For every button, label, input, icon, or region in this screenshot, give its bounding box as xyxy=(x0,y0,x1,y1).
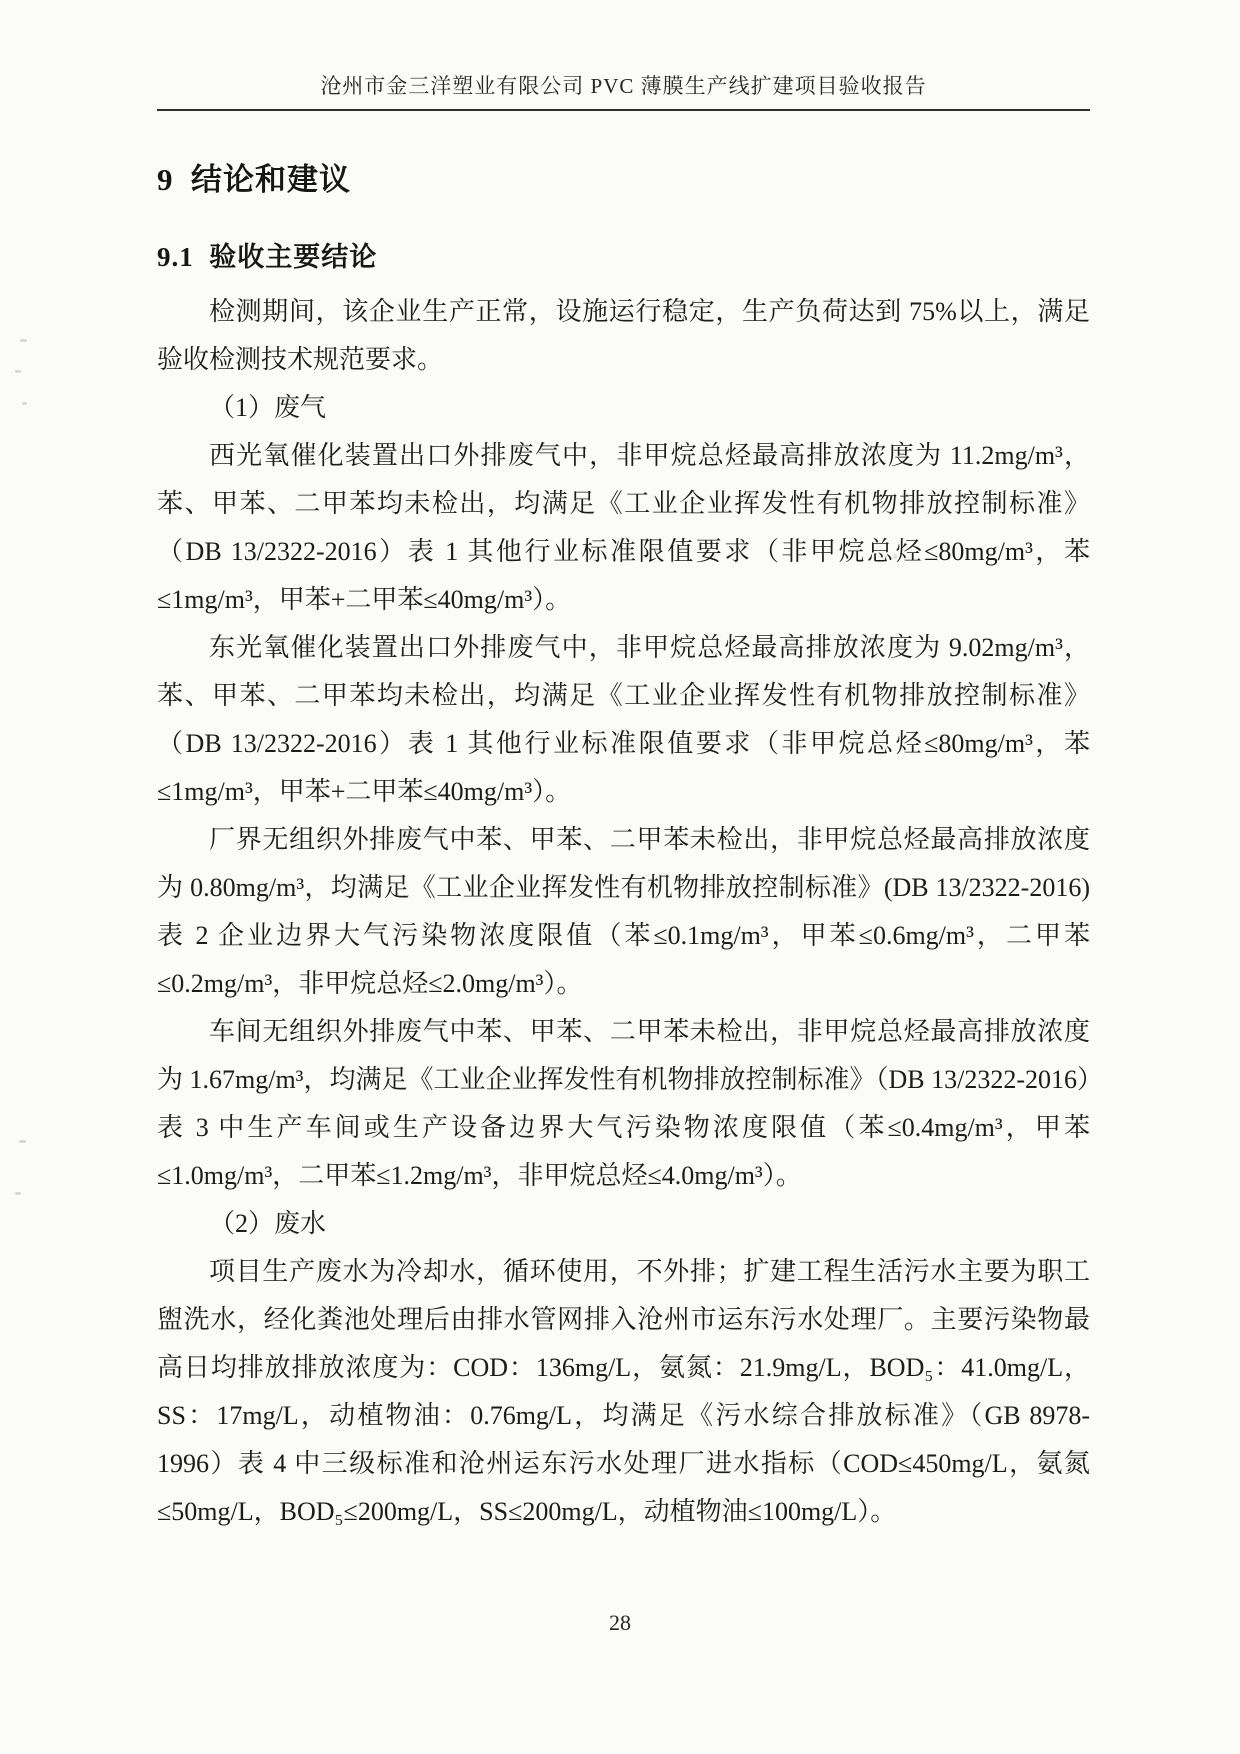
subsection-title: 9.1 验收主要结论 xyxy=(157,235,1090,274)
paragraph-plant-boundary: 厂界无组织外排废气中苯、甲苯、二甲苯未检出，非甲烷总烃最高排放浓度为 0.80m… xyxy=(157,816,1090,1008)
scan-artifact xyxy=(22,402,27,405)
paragraph-east-oxidation-unit: 东光氧催化装置出口外排废气中，非甲烷总烃最高排放浓度为 9.02mg/m³，苯、… xyxy=(157,624,1090,816)
paragraph-heading-waste-water: （2）废水 xyxy=(157,1200,1090,1248)
section-title: 9 结论和建议 xyxy=(157,154,1090,199)
paragraph-workshop-boundary: 车间无组织外排废气中苯、甲苯、二甲苯未检出，非甲烷总烃最高排放浓度为 1.67m… xyxy=(157,1008,1090,1200)
document-page: 沧州市金三洋塑业有限公司 PVC 薄膜生产线扩建项目验收报告 9 结论和建议 9… xyxy=(0,0,1240,1754)
document-body: 9 结论和建议 9.1 验收主要结论 检测期间，该企业生产正常，设施运行稳定，生… xyxy=(157,112,1090,1536)
paragraph-overview: 检测期间，该企业生产正常，设施运行稳定，生产负荷达到 75%以上，满足验收检测技… xyxy=(157,288,1090,384)
paragraph-west-oxidation-unit: 西光氧催化装置出口外排废气中，非甲烷总烃最高排放浓度为 11.2mg/m³，苯、… xyxy=(157,432,1090,624)
paragraph-waste-water: 项目生产废水为冷却水，循环使用，不外排；扩建工程生活污水主要为职工盥洗水，经化粪… xyxy=(157,1248,1090,1536)
scan-artifact xyxy=(20,339,27,342)
scan-artifact xyxy=(19,1140,26,1143)
page-header: 沧州市金三洋塑业有限公司 PVC 薄膜生产线扩建项目验收报告 xyxy=(157,0,1090,111)
paragraph-block: 检测期间，该企业生产正常，设施运行稳定，生产负荷达到 75%以上，满足验收检测技… xyxy=(157,288,1090,1536)
scan-artifact xyxy=(893,554,897,559)
page-number: 28 xyxy=(0,1610,1240,1636)
scan-artifact xyxy=(15,1192,21,1195)
header-title: 沧州市金三洋塑业有限公司 PVC 薄膜生产线扩建项目验收报告 xyxy=(320,74,926,98)
paragraph-heading-waste-gas: （1）废气 xyxy=(157,384,1090,432)
scan-artifact xyxy=(15,370,21,373)
